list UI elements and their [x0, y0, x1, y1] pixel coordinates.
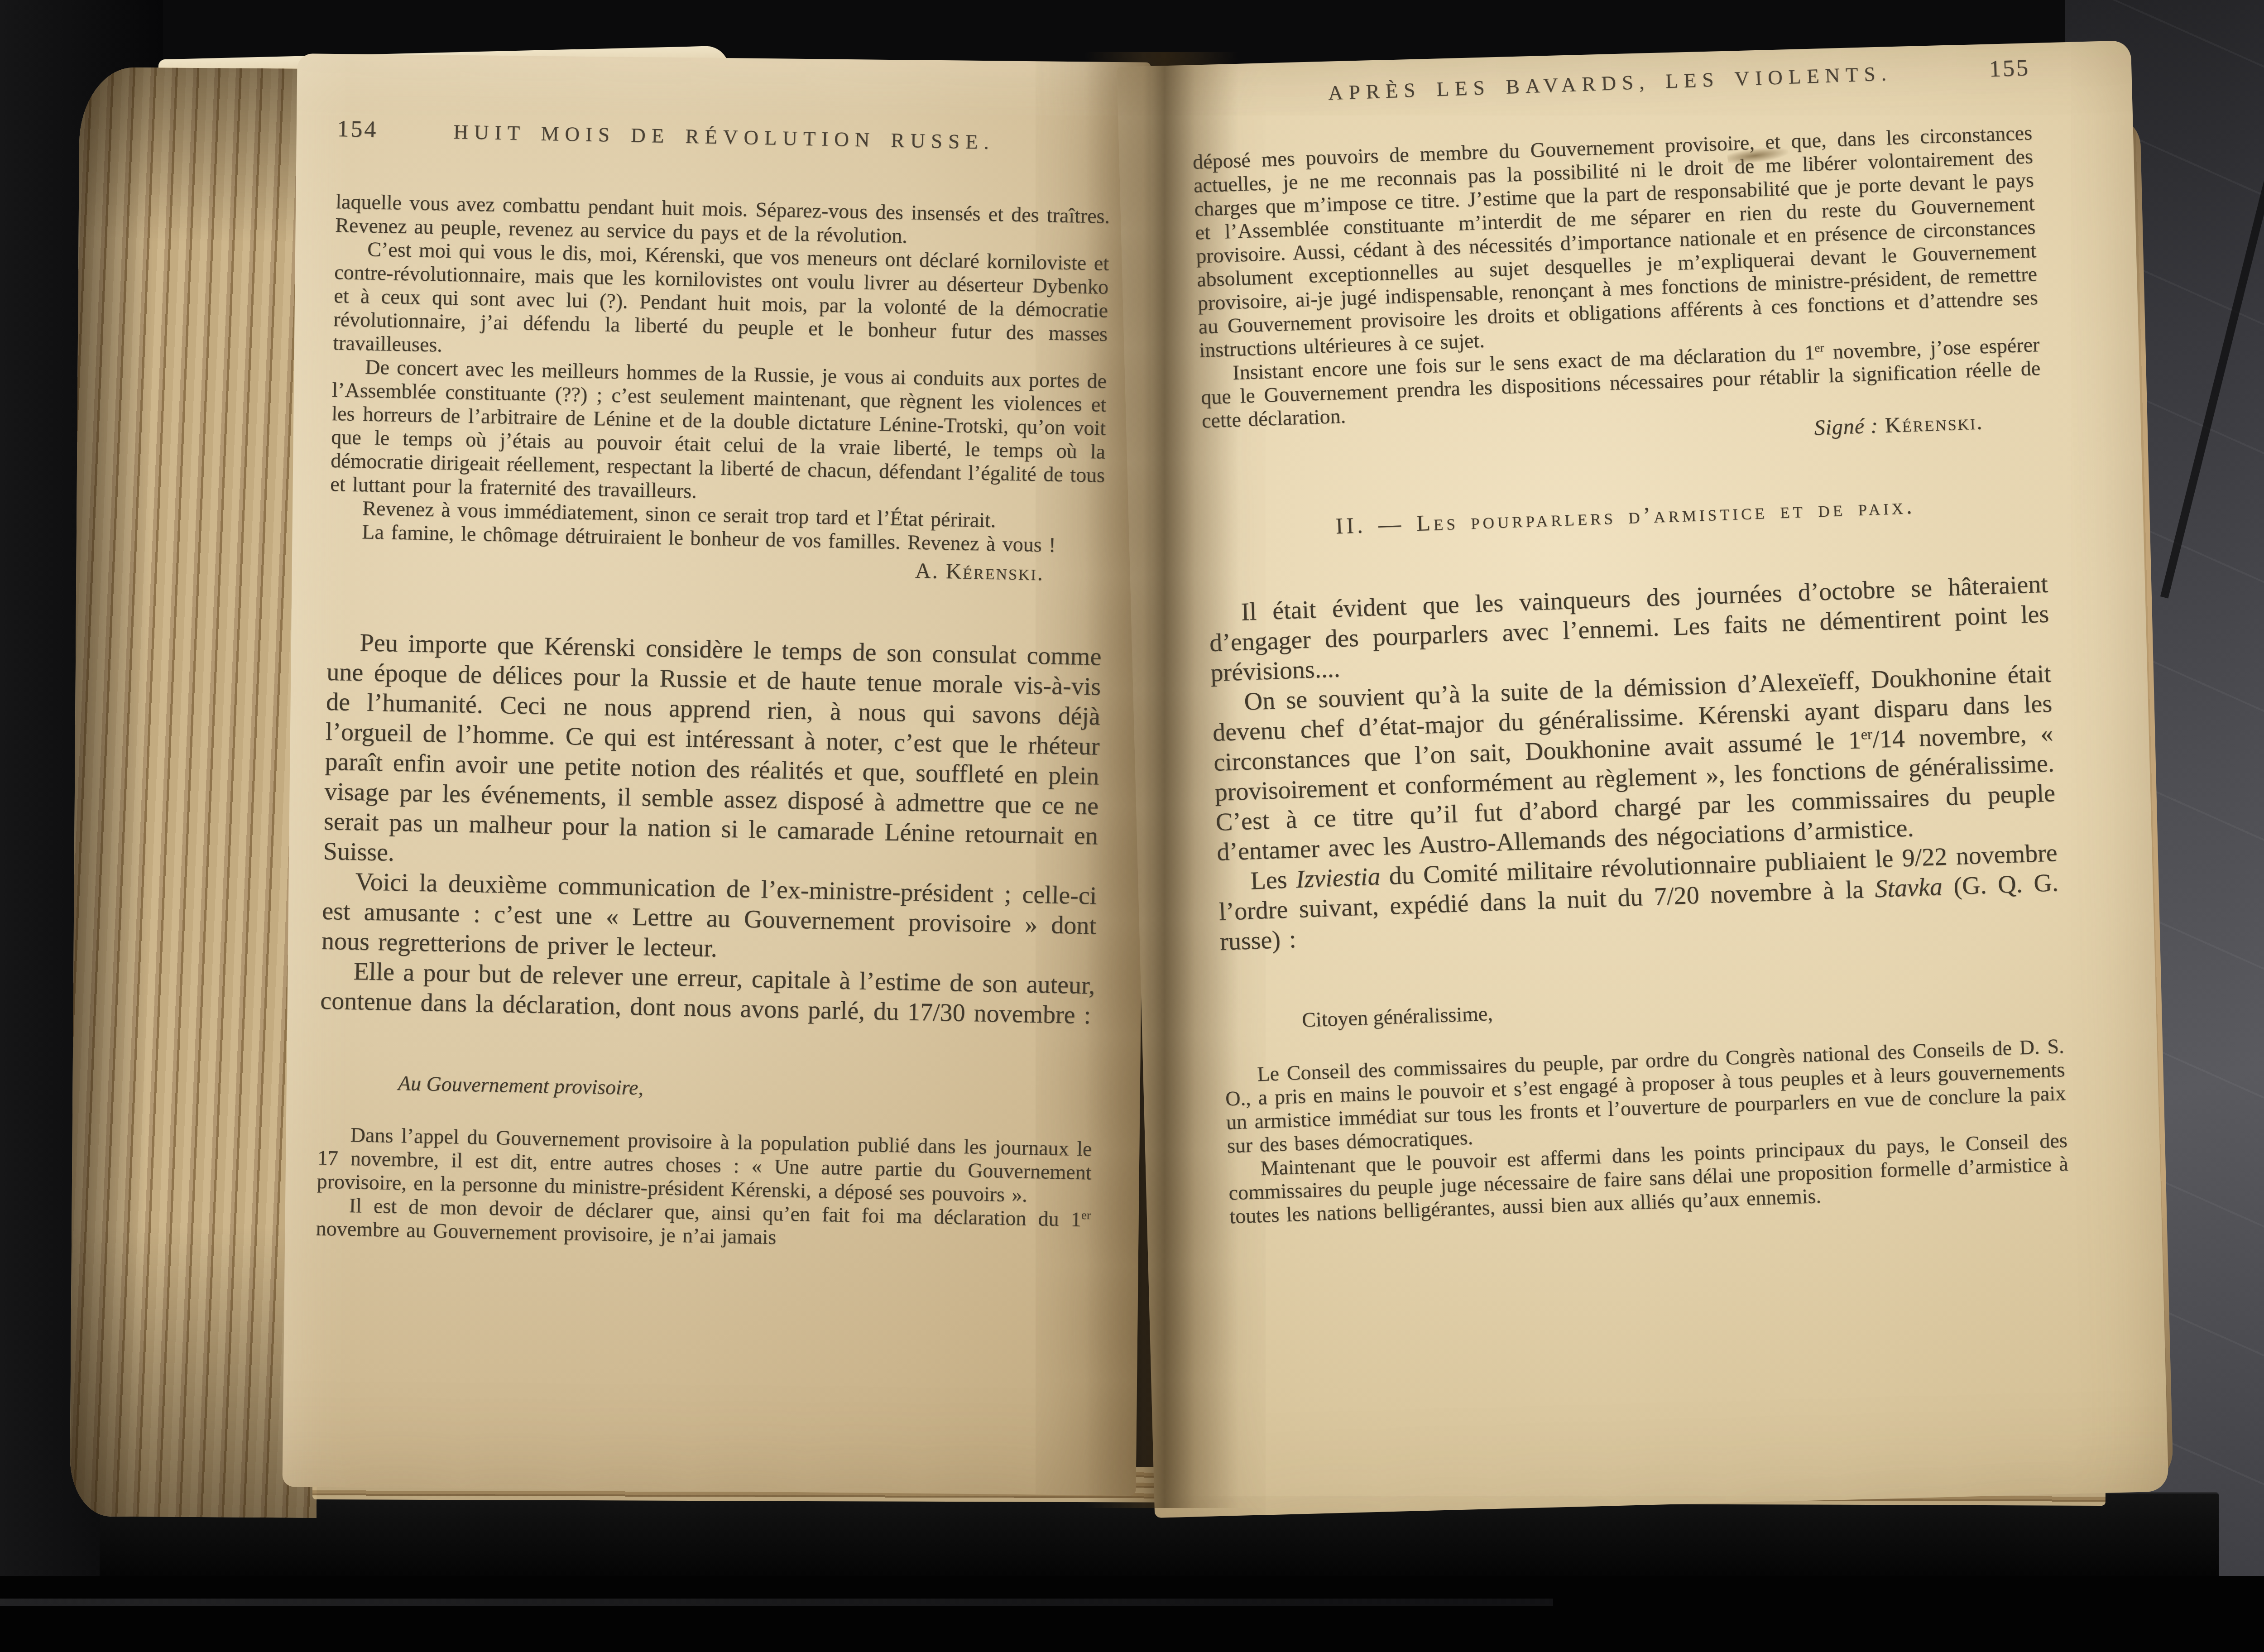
left-page-text: 154 HUIT MOIS DE RÉVOLUTION RUSSE. laque…: [316, 115, 1111, 1255]
ordinal-superscript: er: [1814, 341, 1824, 355]
bottom-shelf: [0, 1576, 2264, 1652]
left-header-spacer: [1034, 150, 1111, 151]
right-page-text: APRÈS LES BAVARDS, LES VIOLENTS. 155 dép…: [1190, 54, 2069, 1228]
narrative-paragraph: On se souvient qu’à la suite de la démis…: [1211, 658, 2057, 867]
bottom-shelf-lip: [0, 1599, 1553, 1606]
narrative-text: Les: [1250, 865, 1296, 895]
right-header-spacer: [1191, 102, 1268, 105]
stavka-italic: Stavka: [1874, 873, 1943, 903]
journal-name-italic: Izviestia: [1295, 862, 1381, 893]
appeal-paragraph: De concert avec les meilleurs hommes de …: [330, 355, 1107, 511]
commentary-paragraph: Voici la deuxième communication de l’ex-…: [321, 866, 1097, 971]
declaration-paragraph: déposé mes pouvoirs de membre du Gouvern…: [1192, 121, 2039, 362]
cradle-rod-thin: [2160, 0, 2264, 598]
left-page-number: 154: [337, 115, 414, 144]
right-page-number: 155: [1952, 54, 2030, 84]
commentary-paragraph: Peu importe que Kérenski considère le te…: [323, 627, 1102, 881]
signature-label: Signé :: [1814, 413, 1879, 440]
appeal-paragraph: C’est moi qui vous le dis, moi, Kérenski…: [333, 237, 1109, 370]
ordinal-superscript: er: [1861, 726, 1872, 743]
book-photograph: 154 HUIT MOIS DE RÉVOLUTION RUSSE. laque…: [0, 0, 2264, 1652]
signature-name: Kérenski.: [1885, 410, 1984, 437]
ordinal-superscript: er: [1081, 1208, 1091, 1222]
